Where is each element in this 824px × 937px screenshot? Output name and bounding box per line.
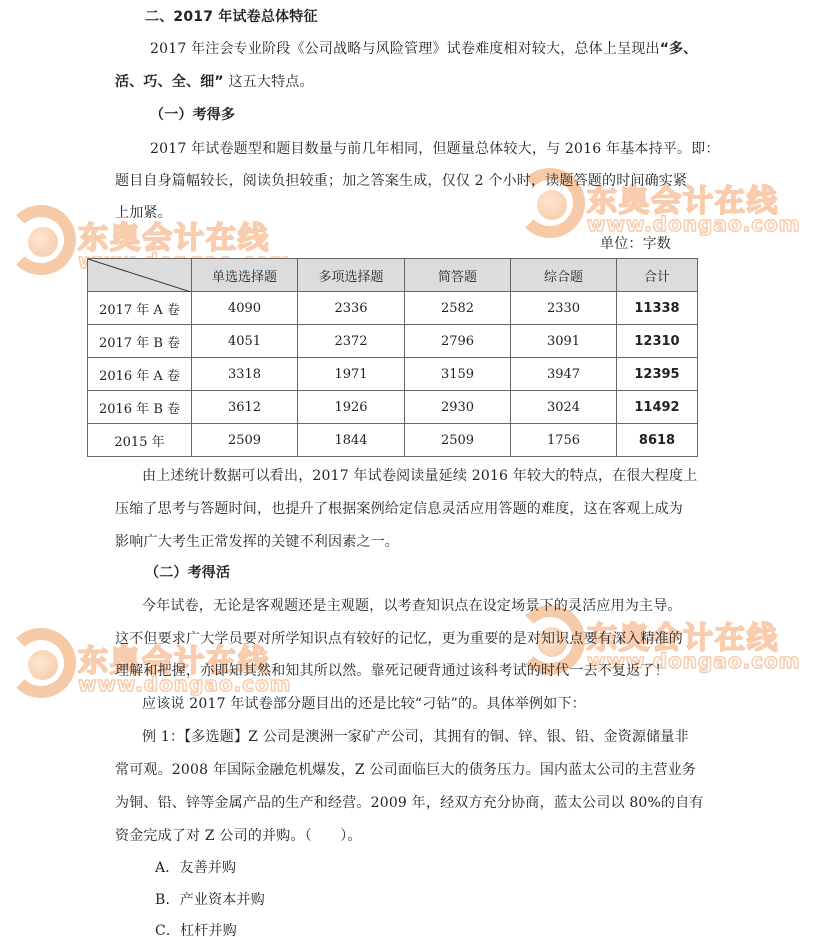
table-cell: 4051 <box>192 325 298 358</box>
table-cell: 1756 <box>511 424 617 457</box>
column-header: 单选选择题 <box>192 259 298 292</box>
paragraph-line: 压缩了思考与答题时间，也提升了根据案例给定信息灵活应用答题的难度，这在客观上成为 <box>115 500 683 518</box>
table-cell: 3024 <box>511 391 617 424</box>
subsection-title-2: （二）考得活 <box>145 564 230 582</box>
example-line: 例 1：【多选题】Z 公司是澳洲一家矿产公司，其拥有的铜、锌、银、铅、金资源储量… <box>142 728 689 746</box>
column-header: 综合题 <box>511 259 617 292</box>
table-cell: 3612 <box>192 391 298 424</box>
total-cell: 12395 <box>617 358 698 391</box>
table-cell: 3091 <box>511 325 617 358</box>
table-cell: 2509 <box>192 424 298 457</box>
answer-option-a: A．友善并购 <box>155 859 236 877</box>
table-cell: 2336 <box>298 292 405 325</box>
table-cell: 2582 <box>405 292 511 325</box>
diagonal-line-icon <box>88 259 191 292</box>
table-cell: 2372 <box>298 325 405 358</box>
intro-text: 这五大特点。 <box>224 74 314 90</box>
table-cell: 2930 <box>405 391 511 424</box>
table-row: 2017 年 A 卷 4090 2336 2582 2330 11338 <box>88 292 698 325</box>
example-line: 常可观。2008 年国际金融危机爆发，Z 公司面临巨大的债务压力。国内蓝太公司的… <box>115 761 696 779</box>
unit-label: 单位：字数 <box>600 235 671 253</box>
paragraph-line: 由上述统计数据可以看出，2017 年试卷阅读量延续 2016 年较大的特点，在很… <box>142 467 697 485</box>
answer-option-c: C．杠杆并购 <box>155 922 237 937</box>
paragraph-line: 影响广大考生正常发挥的关键不利因素之一。 <box>115 533 399 551</box>
example-line: 为铜、铅、锌等金属产品的生产和经营。2009 年，经双方充分协商，蓝太公司以 8… <box>115 794 704 812</box>
paragraph-line: 今年试卷，无论是客观题还是主观题，以考查知识点在设定场景下的灵活应用为主导。 <box>142 597 682 615</box>
paragraph-line: 理解和把握，亦即知其然和知其所以然。靠死记硬背通过该科考试的时代一去不复返了！ <box>115 662 669 680</box>
logo-dot <box>537 190 567 220</box>
table-row: 2016 年 A 卷 3318 1971 3159 3947 12395 <box>88 358 698 391</box>
total-cell: 12310 <box>617 325 698 358</box>
logo-dot <box>28 650 58 680</box>
intro-text: 2017 年注会专业阶段《公司战略与风险管理》试卷难度相对较大，总体上呈现出 <box>150 41 660 57</box>
intro-line-1: 2017 年注会专业阶段《公司战略与风险管理》试卷难度相对较大，总体上呈现出“多… <box>150 40 698 58</box>
column-header: 合计 <box>617 259 698 292</box>
column-header: 多项选择题 <box>298 259 405 292</box>
table-cell: 2509 <box>405 424 511 457</box>
dongao-logo-icon <box>6 205 76 275</box>
row-label: 2017 年 B 卷 <box>88 325 192 358</box>
table-cell: 3947 <box>511 358 617 391</box>
watermark-url: www.dongao.com <box>587 212 801 236</box>
table-cell: 4090 <box>192 292 298 325</box>
paragraph-line: 题目自身篇幅较长，阅读负担较重；加之答案生成，仅仅 2 个小时，读题答题的时间确… <box>115 172 687 190</box>
table-row: 2017 年 B 卷 4051 2372 2796 3091 12310 <box>88 325 698 358</box>
example-line: 资金完成了对 Z 公司的并购。（ ）。 <box>115 827 362 845</box>
answer-option-b: B．产业资本并购 <box>155 891 265 909</box>
table-row: 2015 年 2509 1844 2509 1756 8618 <box>88 424 698 457</box>
table-cell: 1926 <box>298 391 405 424</box>
table-cell: 2796 <box>405 325 511 358</box>
intro-line-2: 活、巧、全、细” 这五大特点。 <box>115 73 314 91</box>
row-label: 2015 年 <box>88 424 192 457</box>
diagonal-header-cell <box>88 259 192 292</box>
table-cell: 1844 <box>298 424 405 457</box>
total-cell: 11492 <box>617 391 698 424</box>
table-cell: 1971 <box>298 358 405 391</box>
row-label: 2016 年 A 卷 <box>88 358 192 391</box>
paragraph-line: 上加紧。 <box>115 204 172 222</box>
paragraph-line: 应该说 2017 年试卷部分题目出的还是比较“刁钻”的。具体举例如下： <box>142 695 586 713</box>
table-row: 2016 年 B 卷 3612 1926 2930 3024 11492 <box>88 391 698 424</box>
paragraph-line: 这不但要求广大学员要对所学知识点有较好的记忆，更为重要的是对知识点要有深入精准的 <box>115 630 683 648</box>
paragraph-line: 2017 年试卷题型和题目数量与前几年相同，但题量总体较大，与 2016 年基本… <box>150 140 720 158</box>
row-label: 2016 年 B 卷 <box>88 391 192 424</box>
logo-dot <box>28 227 58 257</box>
watermark-brand: 东奥会计在线 <box>78 213 270 257</box>
row-label: 2017 年 A 卷 <box>88 292 192 325</box>
intro-emphasis: “多、 <box>660 41 698 57</box>
intro-emphasis: 活、巧、全、细” <box>115 74 224 90</box>
section-title: 二、2017 年试卷总体特征 <box>145 8 318 26</box>
total-cell: 8618 <box>617 424 698 457</box>
subsection-title-1: （一）考得多 <box>150 106 235 124</box>
table-cell: 2330 <box>511 292 617 325</box>
table-cell: 3318 <box>192 358 298 391</box>
total-cell: 11338 <box>617 292 698 325</box>
table-header-row: 单选选择题 多项选择题 简答题 综合题 合计 <box>88 259 698 292</box>
column-header: 简答题 <box>405 259 511 292</box>
dongao-logo-icon <box>6 628 76 698</box>
table-cell: 3159 <box>405 358 511 391</box>
word-count-table: 单选选择题 多项选择题 简答题 综合题 合计 2017 年 A 卷 4090 2… <box>87 258 698 457</box>
